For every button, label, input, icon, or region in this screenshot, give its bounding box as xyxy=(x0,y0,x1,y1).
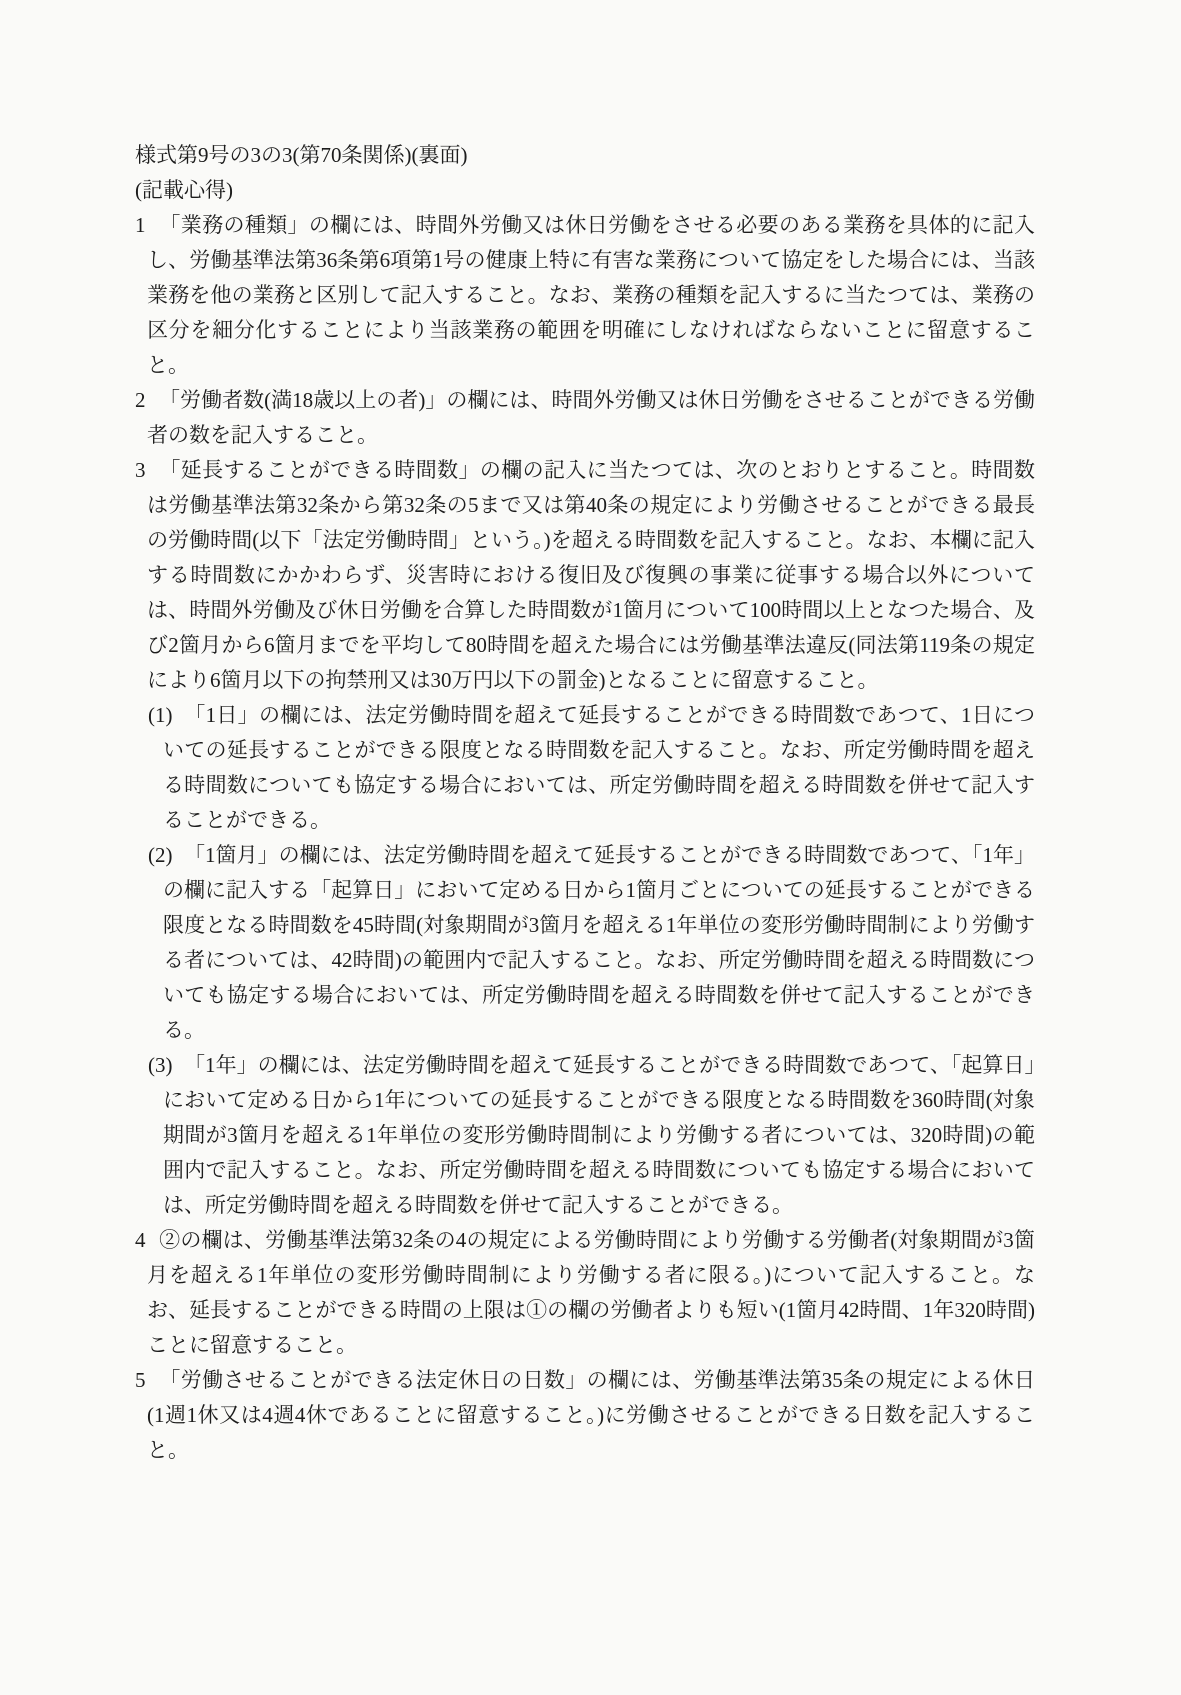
instruction-item-5: 5「労働させることができる法定休日の日数」の欄には、労働基準法第35条の規定によ… xyxy=(135,1363,1035,1468)
instruction-item-2: 2「労働者数(満18歳以上の者)」の欄には、時間外労働又は休日労働をさせることが… xyxy=(135,383,1035,453)
subitem-number: (1) xyxy=(148,698,184,733)
document-page: 様式第9号の3の3(第70条関係)(裏面) (記載心得) 1「業務の種類」の欄に… xyxy=(0,0,1181,1695)
subitem-number: (2) xyxy=(148,838,184,873)
instruction-item-3: 3「延長することができる時間数」の欄の記入に当たつては、次のとおりとすること。時… xyxy=(135,453,1035,1223)
subitem-3-year: (3)「1年」の欄には、法定労働時間を超えて延長することができる時間数であつて、… xyxy=(148,1048,1035,1223)
item-number: 2 xyxy=(135,383,159,418)
subitem-text: 「1箇月」の欄には、法定労働時間を超えて延長することができる時間数であつて、「1… xyxy=(163,843,1035,1042)
item-text: 「業務の種類」の欄には、時間外労働又は休日労働をさせる必要のある業務を具体的に記… xyxy=(147,213,1035,377)
item-number: 3 xyxy=(135,453,159,488)
subitem-1-day: (1)「1日」の欄には、法定労働時間を超えて延長することができる時間数であつて、… xyxy=(148,698,1035,838)
instruction-item-1: 1「業務の種類」の欄には、時間外労働又は休日労働をさせる必要のある業務を具体的に… xyxy=(135,208,1035,383)
item-text: 「労働者数(満18歳以上の者)」の欄には、時間外労働又は休日労働をさせることがで… xyxy=(147,388,1035,447)
subitem-2-month: (2)「1箇月」の欄には、法定労働時間を超えて延長することができる時間数であつて… xyxy=(148,838,1035,1048)
subitem-text: 「1日」の欄には、法定労働時間を超えて延長することができる時間数であつて、1日に… xyxy=(163,703,1035,832)
item-text: 「延長することができる時間数」の欄の記入に当たつては、次のとおりとすること。時間… xyxy=(147,458,1035,692)
item-number: 5 xyxy=(135,1363,159,1398)
subitem-number: (3) xyxy=(148,1048,184,1083)
item-3-paragraph: 3「延長することができる時間数」の欄の記入に当たつては、次のとおりとすること。時… xyxy=(135,453,1035,698)
item-number: 4 xyxy=(135,1223,159,1258)
item-text: 「労働させることができる法定休日の日数」の欄には、労働基準法第35条の規定による… xyxy=(147,1368,1035,1462)
notes-heading: (記載心得) xyxy=(135,173,1035,208)
instruction-item-4: 4②の欄は、労働基準法第32条の4の規定による労働時間により労働する労働者(対象… xyxy=(135,1223,1035,1363)
subitem-text: 「1年」の欄には、法定労働時間を超えて延長することができる時間数であつて、「起算… xyxy=(163,1053,1035,1217)
item-number: 1 xyxy=(135,208,159,243)
item-text: ②の欄は、労働基準法第32条の4の規定による労働時間により労働する労働者(対象期… xyxy=(147,1228,1035,1357)
form-title: 様式第9号の3の3(第70条関係)(裏面) xyxy=(135,138,1035,173)
